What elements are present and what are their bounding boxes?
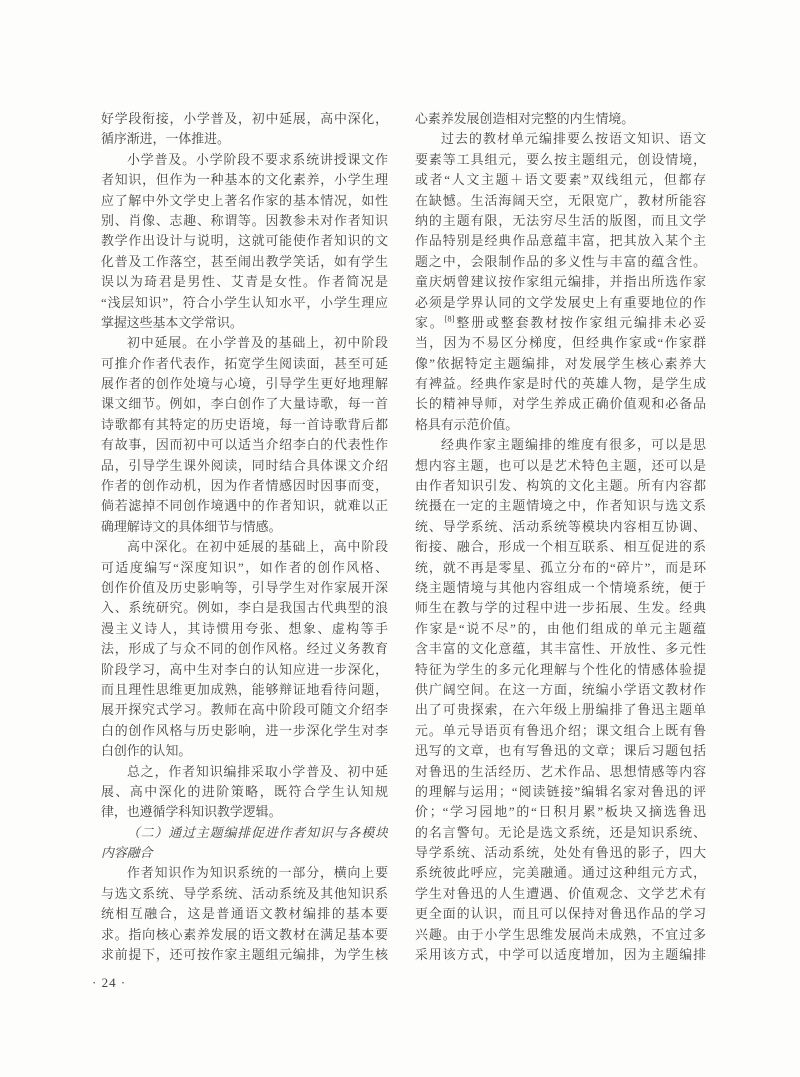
- text-line: 可适度编写“深度知识”，如作者的创作风格、: [101, 558, 388, 578]
- text-line: 元。单元导语页有鲁迅介绍；课文组合上既有鲁: [415, 721, 706, 741]
- text-line: 过去的教材单元编排要么按语文知识、语文: [415, 129, 706, 149]
- text-line: 含丰富的文化意蕴，其丰富性、开放性、多元性: [415, 639, 706, 659]
- text-line: 掌握这些基本文学常识。: [101, 313, 388, 333]
- text-line: 有裨益。经典作家是时代的英雄人物，是学生成: [415, 374, 706, 394]
- text-line: 展开探究式学习。教师在高中阶段可随文介绍李: [101, 700, 388, 720]
- text-line: 循序渐进，一体推进。: [101, 129, 388, 149]
- text-line: 师生在教与学的过程中进一步拓展、生发。经典: [415, 598, 706, 618]
- text-line: 律，也遵循学科知识教学逻辑。: [101, 802, 388, 822]
- right-column: 心素养发展创造相对完整的内生情境。过去的教材单元编排要么按语文知识、语文要素等工…: [415, 109, 706, 965]
- text-line: 系统彼此呼应，完美融通。通过这种组元方式，: [415, 863, 706, 883]
- text-line: 心素养发展创造相对完整的内生情境。: [415, 109, 706, 129]
- text-line: 童庆炳曾建议按作家组元编排，并指出所选作家: [415, 272, 706, 292]
- text-line: 由作者知识引发、构筑的文化主题。所有内容都: [415, 476, 706, 496]
- text-line: 应了解中外文学史上著名作家的基本情况，如性: [101, 191, 388, 211]
- text-line: 格具有示范价值。: [415, 415, 706, 435]
- text-line: 别、肖像、志趣、称谓等。因教参未对作者知识: [101, 211, 388, 231]
- text-line: 供广阔空间。在这一方面，统编小学语文教材作: [415, 680, 706, 700]
- text-line: 作者的创作动机，因为作者情感因时因事而变，: [101, 476, 388, 496]
- text-line: 对鲁迅的生活经历、艺术作品、思想情感等内容: [415, 762, 706, 782]
- text-line: 好学段衔接，小学普及，初中延展，高中深化，: [101, 109, 388, 129]
- text-line: 初中延展。在小学普及的基础上，初中阶段: [101, 333, 388, 353]
- text-line: 统，就不再是零星、孤立分布的“碎片”，而是环: [415, 558, 706, 578]
- text-line: 统、导学系统、活动系统等模块内容相互协调、: [415, 517, 706, 537]
- text-line: 与选文系统、导学系统、活动系统及其他知识系: [101, 884, 388, 904]
- text-line: 必须是学界认同的文学发展史上有重要地位的作: [415, 293, 706, 313]
- text-line: “浅层知识”，符合小学生认知水平，小学生理应: [101, 293, 388, 313]
- text-line: 者知识，但作为一种基本的文化素养，小学生理: [101, 170, 388, 190]
- section-heading-line: （二）通过主题编排促进作者知识与各模块: [101, 823, 388, 843]
- section-heading-line: 内容融合: [101, 843, 388, 863]
- text-line: 作家是“说不尽”的，由他们组成的单元主题蕴: [415, 619, 706, 639]
- text-line: 兴趣。由于小学生思维发展尚未成熟，不宜过多: [415, 925, 706, 945]
- text-line: 漫主义诗人，其诗惯用夸张、想象、虚构等手: [101, 619, 388, 639]
- page-number: · 24 ·: [92, 975, 126, 991]
- text-line: 白的创作风格与历史影响，进一步深化学生对李: [101, 721, 388, 741]
- text-line: 教学作出设计与说明，这就可能使作者知识的文: [101, 231, 388, 251]
- text-line: 出了可贵探索，在六年级上册编排了鲁迅主题单: [415, 700, 706, 720]
- text-line: 价；“学习园地”的“日积月累”板块又摘选鲁迅: [415, 802, 706, 822]
- text-line: 高中深化。在初中延展的基础上，高中阶段: [101, 537, 388, 557]
- text-line: 学生对鲁迅的人生遭遇、价值观念、文学艺术有: [415, 884, 706, 904]
- text-line: 诗歌都有其特定的历史语境，每一首诗歌背后都: [101, 415, 388, 435]
- text-line: 创作价值及历史影响等，引导学生对作家展开深: [101, 578, 388, 598]
- text-line: 化普及工作落空，甚至闹出教学笑话，如有学生: [101, 252, 388, 272]
- text-line: 采用该方式，中学可以适度增加，因为主题编排: [415, 945, 706, 965]
- text-line: 的名言警句。无论是选文系统，还是知识系统、: [415, 823, 706, 843]
- text-line: 小学普及。小学阶段不要求系统讲授课文作: [101, 150, 388, 170]
- text-line: 经典作家主题编排的维度有很多，可以是思: [415, 435, 706, 455]
- text-line: 品，引导学生课外阅读，同时结合具体课文介绍: [101, 456, 388, 476]
- text-line: 而且理性思维更加成熟，能够辩证地看待问题，: [101, 680, 388, 700]
- text-line: 长的精神导师，对学生养成正确价值观和必备品: [415, 394, 706, 414]
- text-line: 题之中，会限制作品的多义性与丰富的蕴含性。: [415, 252, 706, 272]
- text-line: 在缺憾。生活海阔天空，无限宽广，教材所能容: [415, 191, 706, 211]
- text-line: 课文细节。例如，李白创作了大量诗歌，每一首: [101, 394, 388, 414]
- text-line: 求前提下，还可按作家主题组元编排，为学生核: [101, 945, 388, 965]
- text-line: 求。指向核心素养发展的语文教材在满足基本要: [101, 925, 388, 945]
- text-line: 更全面的认识，而且可以保持对鲁迅作品的学习: [415, 904, 706, 924]
- text-line: 迅写的文章，也有写鲁迅的文章；课后习题包括: [415, 741, 706, 761]
- text-line: 误以为琦君是男性、艾青是女性。作者简况是: [101, 272, 388, 292]
- text-line: 阶段学习，高中生对李白的认知应进一步深化，: [101, 660, 388, 680]
- text-line: 作者知识作为知识系统的一部分，横向上要: [101, 863, 388, 883]
- text-line: 想内容主题，也可以是艺术特色主题，还可以是: [415, 456, 706, 476]
- text-line: 家。[8]整册或整套教材按作家组元编排未必妥: [415, 313, 706, 333]
- paper-page: 好学段衔接，小学普及，初中延展，高中深化，循序渐进，一体推进。小学普及。小学阶段…: [0, 0, 800, 1077]
- text-line: 导学系统、活动系统，处处有鲁迅的影子，四大: [415, 843, 706, 863]
- text-line: 特征为学生的多元化理解与个性化的情感体验提: [415, 660, 706, 680]
- text-line: 像”依据特定主题编排，对发展学生核心素养大: [415, 354, 706, 374]
- left-column: 好学段衔接，小学普及，初中延展，高中深化，循序渐进，一体推进。小学普及。小学阶段…: [101, 109, 388, 965]
- text-line: 作品特别是经典作品意蕴丰富，把其放入某个主: [415, 231, 706, 251]
- text-line: 展作者的创作处境与心境，引导学生更好地理解: [101, 374, 388, 394]
- text-line: 的理解与运用；“阅读链接”编辑名家对鲁迅的评: [415, 782, 706, 802]
- text-line: 纳的主题有限，无法穷尽生活的版图，而且文学: [415, 211, 706, 231]
- text-line: 衔接、融合，形成一个相互联系、相互促进的系: [415, 537, 706, 557]
- text-line: 统相互融合，这是普通语文教材编排的基本要: [101, 904, 388, 924]
- text-line: 有故事，因而初中可以适当介绍李白的代表性作: [101, 435, 388, 455]
- footnote-ref: [8]: [445, 314, 455, 324]
- text-line: 总之，作者知识编排采取小学普及、初中延: [101, 762, 388, 782]
- text-line: 展、高中深化的进阶策略，既符合学生认知规: [101, 782, 388, 802]
- text-line: 可推介作者代表作，拓宽学生阅读面，甚至可延: [101, 354, 388, 374]
- text-line: 绕主题情境与其他内容组成一个情境系统，便于: [415, 578, 706, 598]
- text-line: 确理解诗文的具体细节与情感。: [101, 517, 388, 537]
- text-line: 倘若滤掉不同创作境遇中的作者知识，就难以正: [101, 496, 388, 516]
- text-line: 入、系统研究。例如，李白是我国古代典型的浪: [101, 598, 388, 618]
- text-line: 统摄在一定的主题情境之中，作者知识与选文系: [415, 496, 706, 516]
- text-line: 或者“人文主题＋语文要素”双线组元，但都存: [415, 170, 706, 190]
- text-line: 法，形成了与众不同的创作风格。经过义务教育: [101, 639, 388, 659]
- text-line: 当，因为不易区分梯度，但经典作家或“作家群: [415, 333, 706, 353]
- text-line: 白创作的认知。: [101, 741, 388, 761]
- text-line: 要素等工具组元，要么按主题组元，创设情境，: [415, 150, 706, 170]
